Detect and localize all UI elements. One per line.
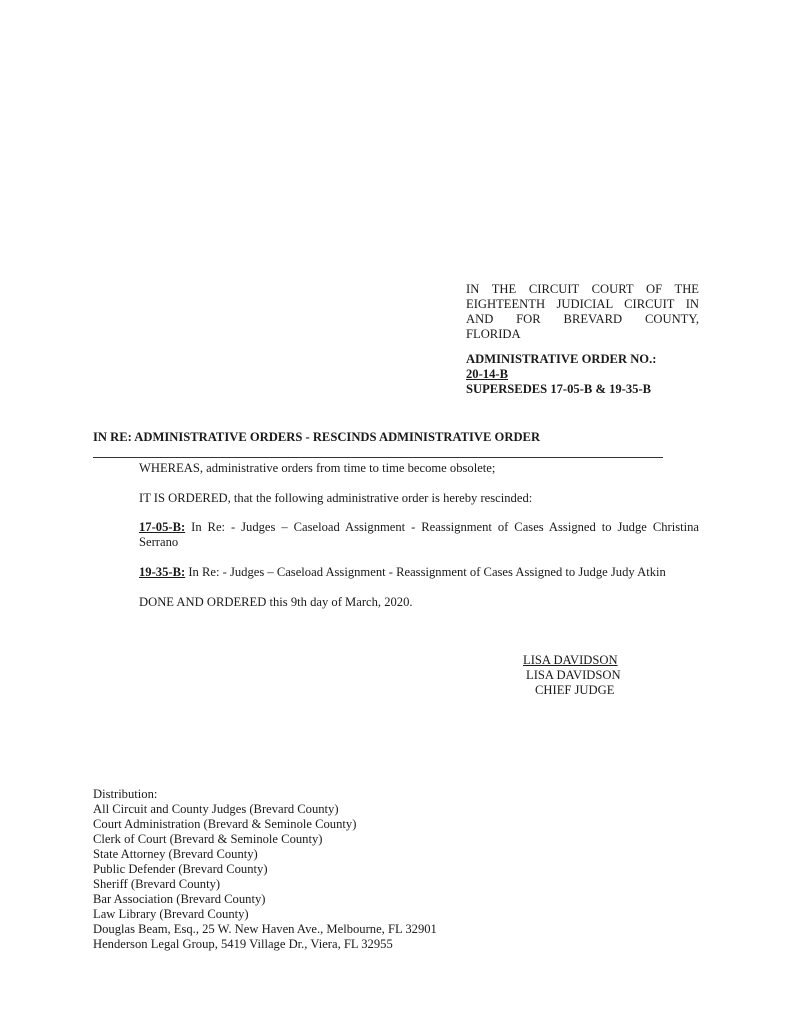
order-label: ADMINISTRATIVE ORDER NO.: xyxy=(466,352,656,367)
distribution-recipient: Clerk of Court (Brevard & Seminole Count… xyxy=(93,832,437,847)
distribution-recipient: Henderson Legal Group, 5419 Village Dr.,… xyxy=(93,937,437,952)
item-line: 19-35-B: In Re: - Judges – Caseload Assi… xyxy=(139,565,666,579)
order-description-continued: Serrano xyxy=(139,535,699,550)
item-line: 17-05-B: In Re: - Judges – Caseload Assi… xyxy=(139,520,699,535)
supersedes-line: SUPERSEDES 17-05-B & 19-35-B xyxy=(466,382,656,397)
signer-name: LISA DAVIDSON xyxy=(523,668,663,683)
caption-line: AND FOR BREVARD COUNTY, xyxy=(466,312,699,327)
signature: LISA DAVIDSON xyxy=(523,653,663,668)
ordered-paragraph: IT IS ORDERED, that the following admini… xyxy=(139,491,532,506)
done-and-ordered: DONE AND ORDERED this 9th day of March, … xyxy=(139,595,413,610)
caption-line: IN THE CIRCUIT COURT OF THE xyxy=(466,282,699,297)
whereas-paragraph: WHEREAS, administrative orders from time… xyxy=(139,461,495,476)
order-code: 19-35-B: xyxy=(139,565,185,579)
distribution-recipient: State Attorney (Brevard County) xyxy=(93,847,437,862)
order-code: 17-05-B: xyxy=(139,520,185,534)
in-re-heading: IN RE: ADMINISTRATIVE ORDERS - RESCINDS … xyxy=(93,430,540,445)
distribution-recipient: All Circuit and County Judges (Brevard C… xyxy=(93,802,437,817)
order-description: In Re: - Judges – Caseload Assignment - … xyxy=(191,520,699,534)
signature-block: LISA DAVIDSON LISA DAVIDSON CHIEF JUDGE xyxy=(523,653,663,698)
order-number: 20-14-B xyxy=(466,367,656,382)
distribution-recipient: Douglas Beam, Esq., 25 W. New Haven Ave.… xyxy=(93,922,437,937)
heading-divider xyxy=(93,457,663,458)
distribution-recipient: Court Administration (Brevard & Seminole… xyxy=(93,817,437,832)
signer-title: CHIEF JUDGE xyxy=(523,683,663,698)
rescinded-order-item: 19-35-B: In Re: - Judges – Caseload Assi… xyxy=(139,565,699,580)
caption-line: FLORIDA xyxy=(466,327,699,342)
distribution-recipient: Law Library (Brevard County) xyxy=(93,907,437,922)
court-caption: IN THE CIRCUIT COURT OF THE EIGHTEENTH J… xyxy=(466,282,699,342)
distribution-recipient: Bar Association (Brevard County) xyxy=(93,892,437,907)
caption-line: EIGHTEENTH JUDICIAL CIRCUIT IN xyxy=(466,297,699,312)
rescinded-order-item: 17-05-B: In Re: - Judges – Caseload Assi… xyxy=(139,520,699,550)
order-description: In Re: - Judges – Caseload Assignment - … xyxy=(188,565,665,579)
distribution-list: Distribution: All Circuit and County Jud… xyxy=(93,787,437,952)
distribution-recipient: Sheriff (Brevard County) xyxy=(93,877,437,892)
distribution-heading: Distribution: xyxy=(93,787,437,802)
order-number-block: ADMINISTRATIVE ORDER NO.: 20-14-B SUPERS… xyxy=(466,352,656,397)
distribution-recipient: Public Defender (Brevard County) xyxy=(93,862,437,877)
